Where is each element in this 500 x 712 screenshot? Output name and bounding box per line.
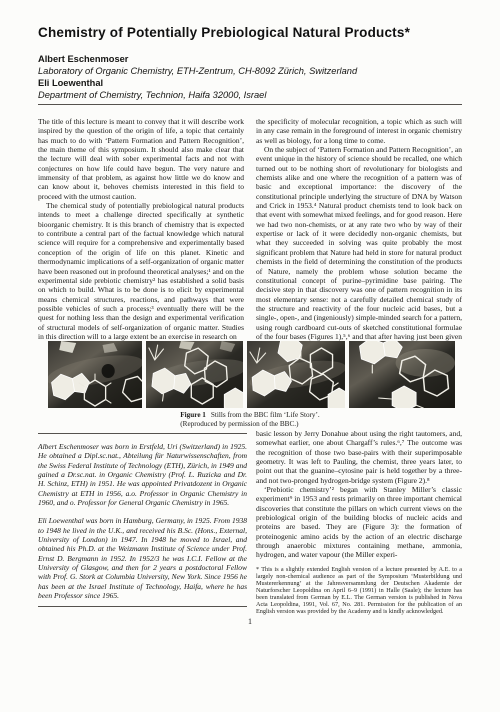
paragraph: ‘Prebiotic chemistry’² began with Stanle…: [256, 485, 462, 560]
right-column-lower: basic lesson by Jerry Donahue about usin…: [256, 429, 462, 615]
figure1-film-still-4: [349, 341, 455, 408]
paragraph: On the subject of ‘Pattern Formation and…: [256, 145, 462, 351]
author-block-2: Eli Loewenthal Department of Chemistry, …: [38, 78, 462, 101]
header-divider: [38, 104, 462, 105]
figure-caption-text: Stills from the BBC film ‘Life Story’.: [211, 411, 320, 419]
biography-divider-bottom: [38, 606, 247, 607]
author-affiliation: Department of Chemistry, Technion, Haifa…: [38, 90, 462, 102]
author-biographies: Albert Eschenmoser was born in Erstfeld,…: [38, 442, 247, 601]
biography-eschenmoser: Albert Eschenmoser was born in Erstfeld,…: [38, 442, 247, 507]
paragraph: The chemical study of potentially prebio…: [38, 201, 244, 341]
figure-caption-credit: (Reproduced by permission of the BBC.): [180, 420, 298, 428]
author-name: Eli Loewenthal: [38, 78, 462, 90]
author-affiliation: Laboratory of Organic Chemistry, ETH-Zen…: [38, 66, 462, 78]
figure1-film-still-2: [146, 341, 243, 408]
biography-loewenthal: Eli Loewenthal was born in Hamburg, Germ…: [38, 516, 247, 600]
paragraph: basic lesson by Jerry Donahue about usin…: [256, 429, 462, 485]
figure-caption-line1: Figure 1Stills from the BBC film ‘Life S…: [180, 411, 319, 419]
journal-page: Chemistry of Potentially Prebiological N…: [0, 0, 500, 712]
paragraph: The title of this lecture is meant to co…: [38, 117, 244, 201]
page-number: 1: [0, 617, 500, 626]
figure-label: Figure 1: [180, 411, 206, 419]
biography-divider-top: [38, 433, 247, 434]
author-block-1: Albert Eschenmoser Laboratory of Organic…: [38, 54, 462, 77]
article-header: Chemistry of Potentially Prebiological N…: [38, 25, 462, 102]
article-title: Chemistry of Potentially Prebiological N…: [38, 25, 462, 40]
right-column-upper: the specificity of molecular recognition…: [256, 117, 462, 351]
figure-1: [48, 341, 455, 408]
figure1-film-still-3: [247, 341, 345, 408]
paragraph: the specificity of molecular recognition…: [256, 117, 462, 145]
figure-1-caption: Figure 1Stills from the BBC film ‘Life S…: [0, 411, 500, 431]
left-column: The title of this lecture is meant to co…: [38, 117, 244, 341]
figure1-film-still-1: [48, 341, 142, 408]
title-footnote: * This is a slightly extended English ve…: [256, 566, 462, 616]
author-name: Albert Eschenmoser: [38, 54, 462, 66]
